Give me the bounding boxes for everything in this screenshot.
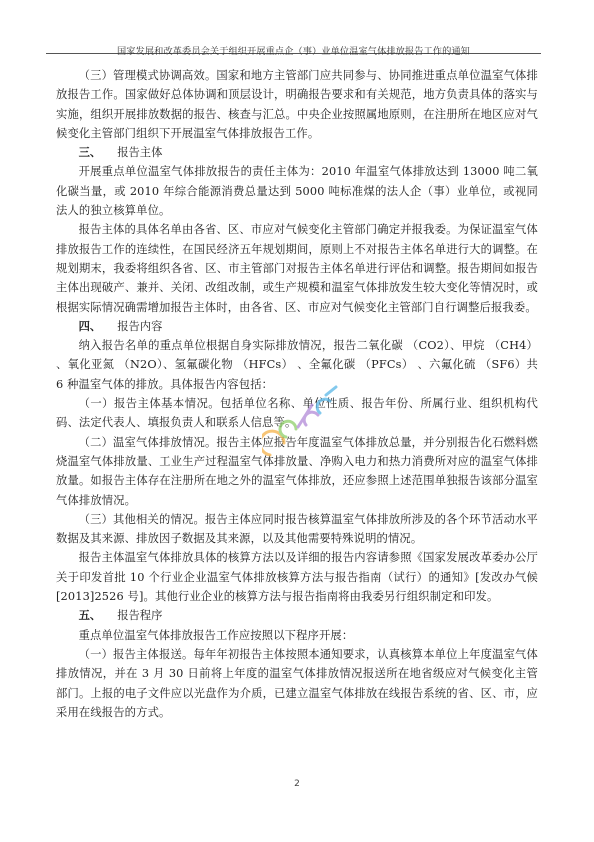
page-header: 国家发展和改革委员会关于组织开展重点企（事）业单位温室气体排放报告工作的通知 bbox=[46, 39, 541, 54]
section-number: 三、 bbox=[79, 145, 102, 159]
paragraph: （二）温室气体排放情况。报告主体应报告年度温室气体排放总量，并分别报告化石燃料燃… bbox=[56, 433, 538, 510]
paragraph: 纳入报告名单的重点单位根据自身实际排放情况，报告二氧化碳 （CO2）、甲烷 （C… bbox=[56, 336, 538, 394]
paragraph: （一）报告主体报送。每年年初报告主体按照本通知要求，认真核算本单位上年度温室气体… bbox=[56, 645, 538, 722]
paragraph: 报告主体的具体名单由各省、区、市应对气候变化主管部门确定并报我委。为保证温室气体… bbox=[56, 220, 538, 316]
paragraph: （一）报告主体基本情况。包括单位名称、单位性质、报告年份、所属行业、组织机构代码… bbox=[56, 394, 538, 433]
section-number: 四、 bbox=[79, 319, 102, 333]
paragraph: 重点单位温室气体排放报告工作应按照以下程序开展： bbox=[56, 626, 538, 645]
document-body: （三）管理模式协调高效。国家和地方主管部门应共同参与、协同推进重点单位温室气体排… bbox=[56, 66, 538, 722]
paragraph: 报告主体温室气体排放具体的核算方法以及详细的报告内容请参照《国家发展改革委办公厅… bbox=[56, 548, 538, 606]
section-number: 五、 bbox=[79, 608, 102, 622]
page-number: 2 bbox=[0, 779, 594, 789]
section-heading-4: 四、报告内容 bbox=[56, 317, 538, 336]
document-title: 国家发展和改革委员会关于组织开展重点企（事）业单位温室气体排放报告工作的通知 bbox=[117, 46, 470, 57]
section-title: 报告程序 bbox=[117, 609, 162, 622]
section-heading-3: 三、报告主体 bbox=[56, 143, 538, 162]
paragraph: 开展重点单位温室气体排放报告的责任主体为：2010 年温室气体排放达到 1300… bbox=[56, 162, 538, 220]
section-title: 报告主体 bbox=[117, 146, 162, 159]
section-heading-5: 五、报告程序 bbox=[56, 606, 538, 625]
paragraph-management-mode: （三）管理模式协调高效。国家和地方主管部门应共同参与、协同推进重点单位温室气体排… bbox=[56, 66, 538, 143]
section-title: 报告内容 bbox=[117, 320, 162, 333]
paragraph: （三）其他相关的情况。报告主体应同时报告核算温室气体排放所涉及的各个环节活动水平… bbox=[56, 510, 538, 549]
